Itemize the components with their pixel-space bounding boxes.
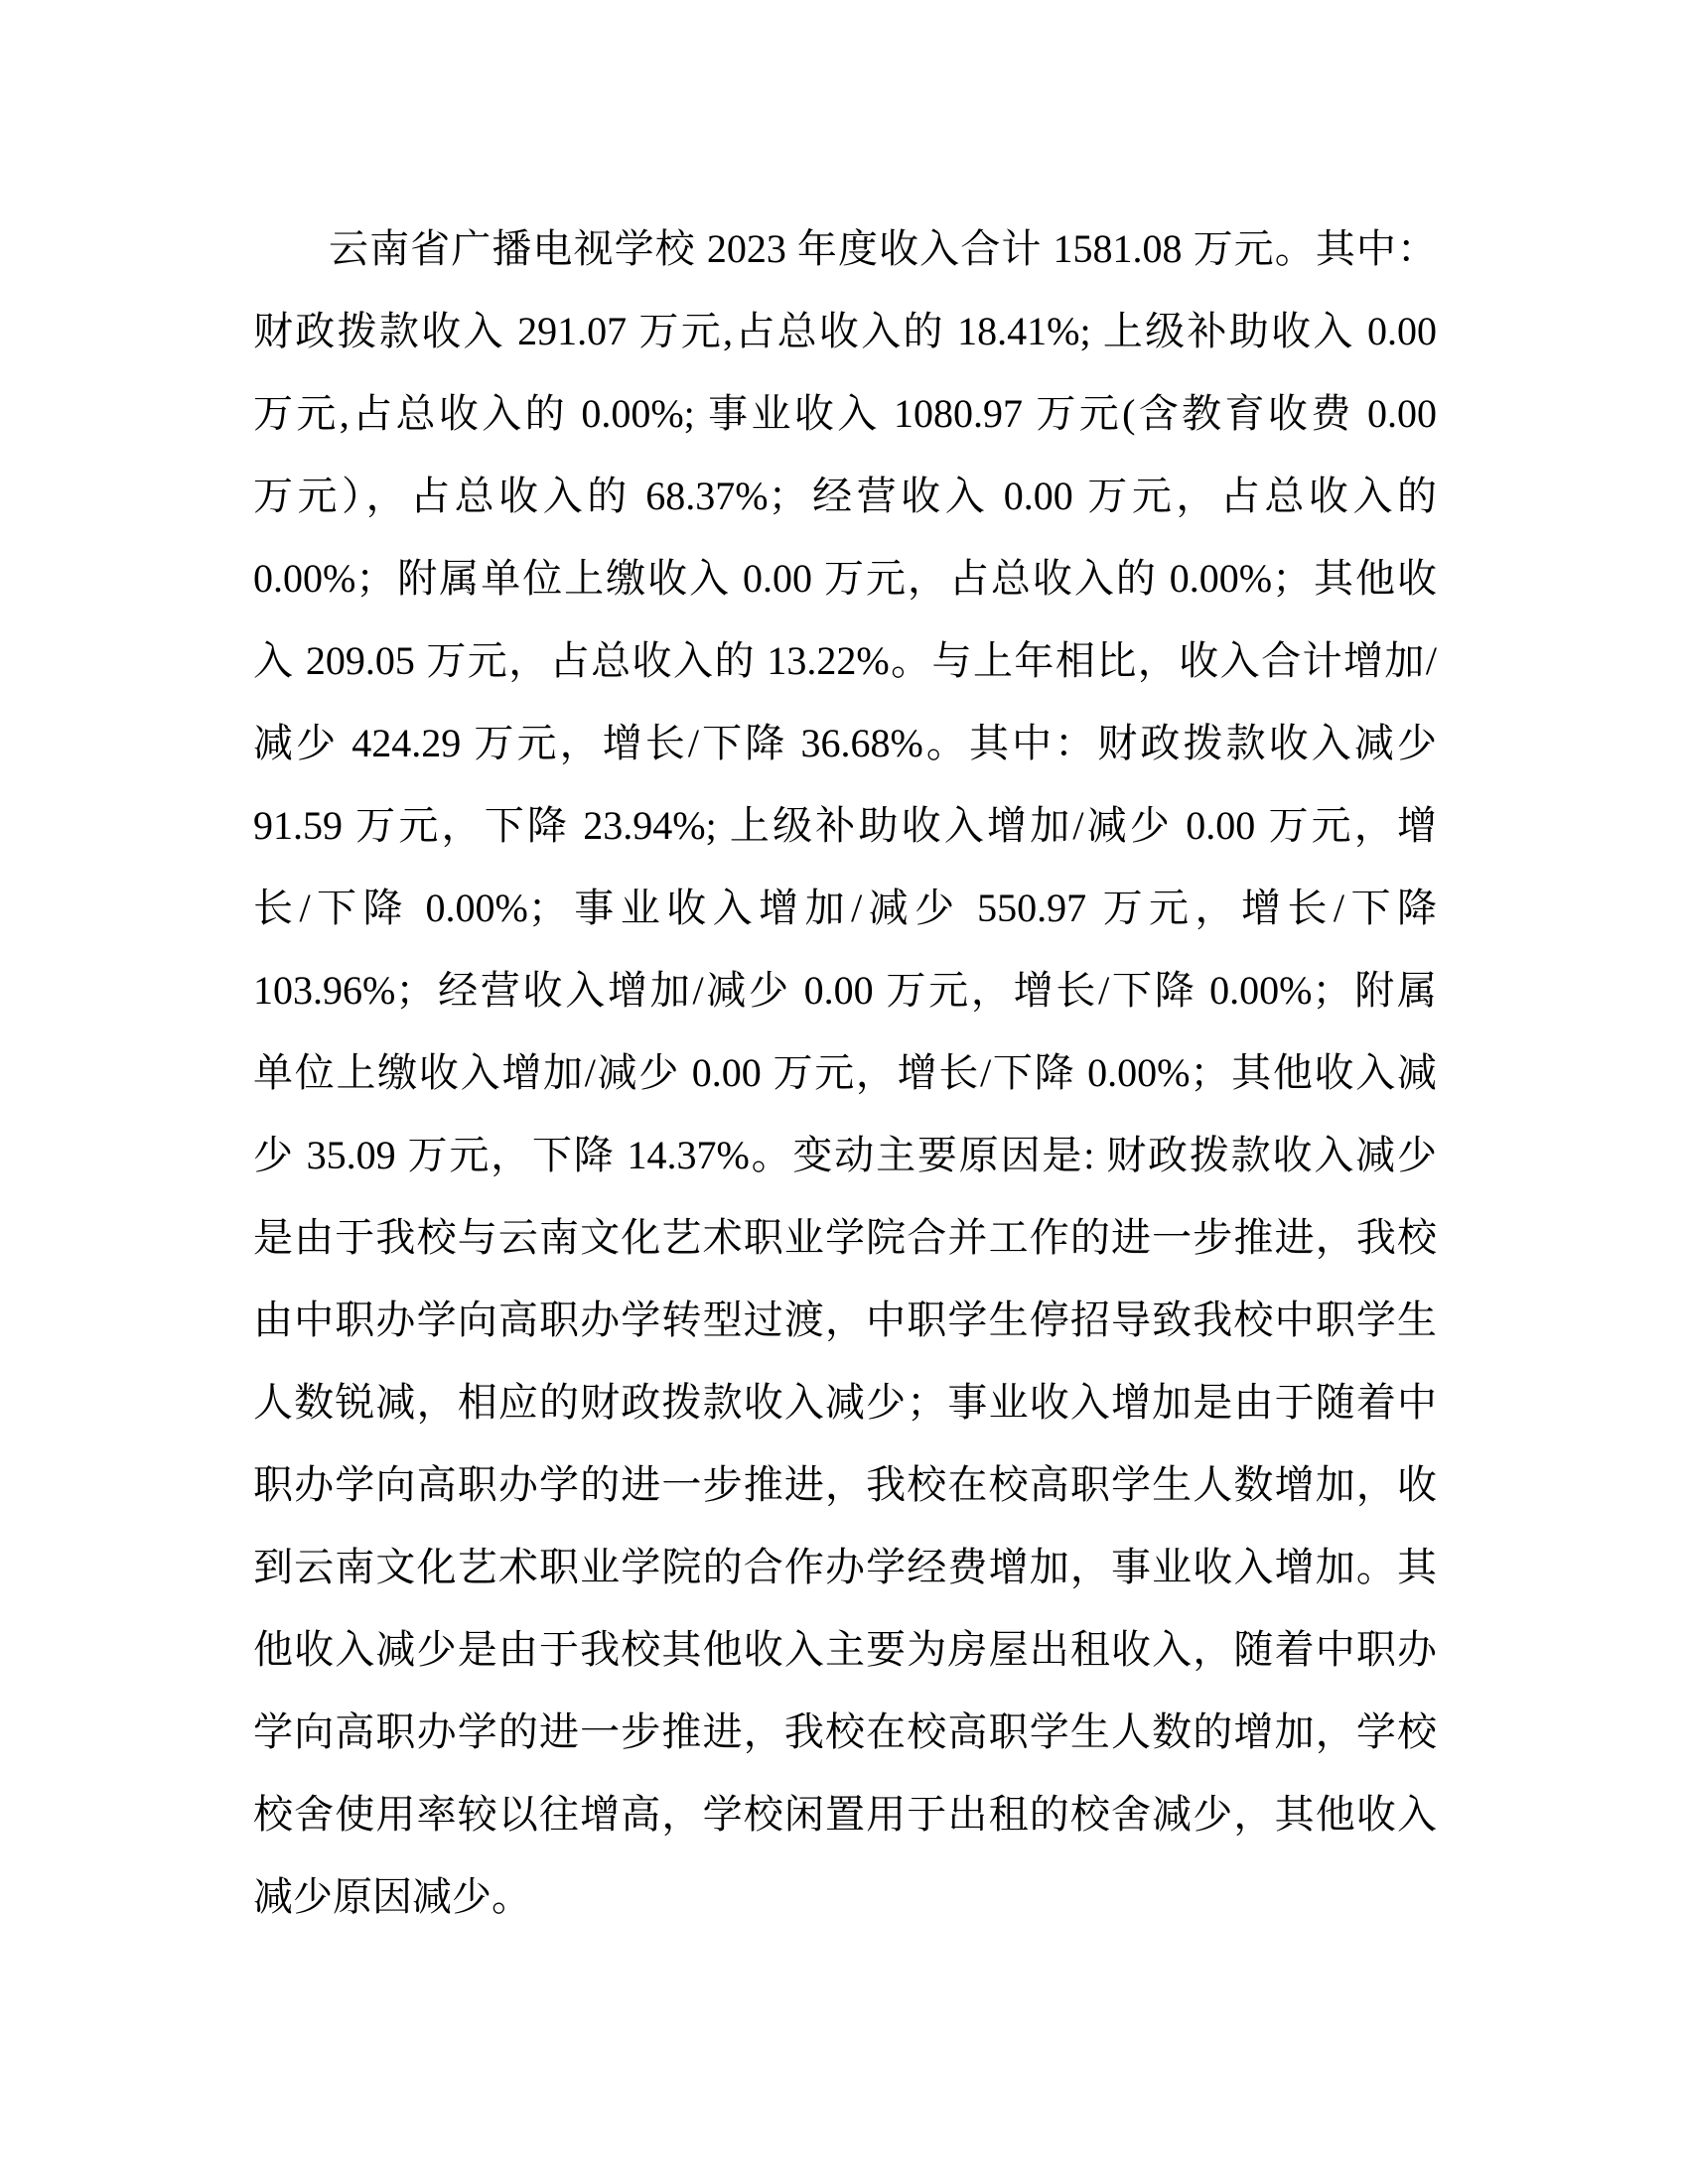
paragraph-line: 万元,占总收入的 0.00%; 事业收入 1080.97 万元(含教育收费 0.… <box>253 372 1437 455</box>
paragraph-line: 职办学向高职办学的进一步推进，我校在校高职学生人数增加，收 <box>253 1443 1437 1526</box>
paragraph-line: 到云南文化艺术职业学院的合作办学经费增加，事业收入增加。其 <box>253 1526 1437 1608</box>
paragraph-line: 91.59 万元，下降 23.94%; 上级补助收入增加/减少 0.00 万元，… <box>253 784 1437 867</box>
paragraph-line: 学向高职办学的进一步推进，我校在校高职学生人数的增加，学校 <box>253 1691 1437 1773</box>
paragraph-line: 云南省广播电视学校 2023 年度收入合计 1581.08 万元。其中： <box>253 207 1437 290</box>
paragraph-line: 他收入减少是由于我校其他收入主要为房屋出租收入，随着中职办 <box>253 1608 1437 1691</box>
paragraph-line: 是由于我校与云南文化艺术职业学院合并工作的进一步推进，我校 <box>253 1196 1437 1279</box>
paragraph-line: 财政拨款收入 291.07 万元,占总收入的 18.41%; 上级补助收入 0.… <box>253 290 1437 372</box>
income-statement-paragraph: 云南省广播电视学校 2023 年度收入合计 1581.08 万元。其中： 财政拨… <box>253 207 1437 1938</box>
paragraph-line: 0.00%；附属单位上缴收入 0.00 万元，占总收入的 0.00%；其他收 <box>253 537 1437 619</box>
paragraph-line: 减少 424.29 万元，增长/下降 36.68%。其中：财政拨款收入减少 <box>253 702 1437 784</box>
document-page: 云南省广播电视学校 2023 年度收入合计 1581.08 万元。其中： 财政拨… <box>0 0 1688 2184</box>
paragraph-line: 校舍使用率较以往增高，学校闲置用于出租的校舍减少，其他收入 <box>253 1773 1437 1855</box>
paragraph-line: 少 35.09 万元，下降 14.37%。变动主要原因是: 财政拨款收入减少 <box>253 1114 1437 1196</box>
paragraph-line: 单位上缴收入增加/减少 0.00 万元，增长/下降 0.00%；其他收入减 <box>253 1031 1437 1114</box>
paragraph-line: 人数锐减，相应的财政拨款收入减少；事业收入增加是由于随着中 <box>253 1361 1437 1443</box>
paragraph-line: 由中职办学向高职办学转型过渡，中职学生停招导致我校中职学生 <box>253 1279 1437 1361</box>
paragraph-line: 万元），占总收入的 68.37%；经营收入 0.00 万元，占总收入的 <box>253 455 1437 537</box>
paragraph-line: 103.96%；经营收入增加/减少 0.00 万元，增长/下降 0.00%；附属 <box>253 949 1437 1031</box>
paragraph-line: 入 209.05 万元，占总收入的 13.22%。与上年相比，收入合计增加/ <box>253 619 1437 702</box>
paragraph-line: 减少原因减少。 <box>253 1855 1437 1938</box>
paragraph-line: 长/下降 0.00%；事业收入增加/减少 550.97 万元，增长/下降 <box>253 867 1437 949</box>
